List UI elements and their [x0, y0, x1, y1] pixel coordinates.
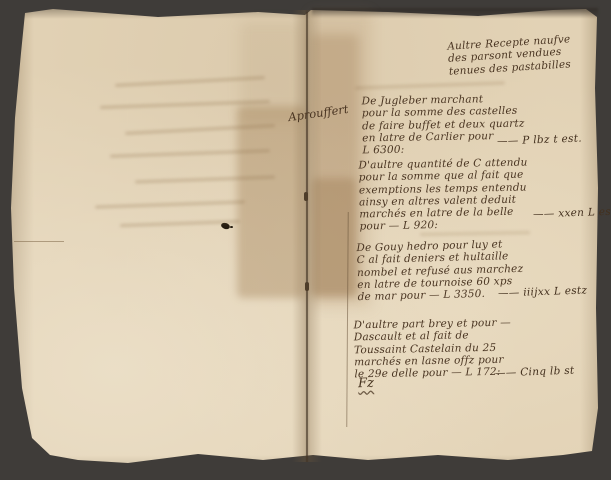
manuscript-spread — [8, 8, 598, 470]
archive-scan-background: Aultre Recepte naufve des parsont vendue… — [0, 0, 611, 480]
